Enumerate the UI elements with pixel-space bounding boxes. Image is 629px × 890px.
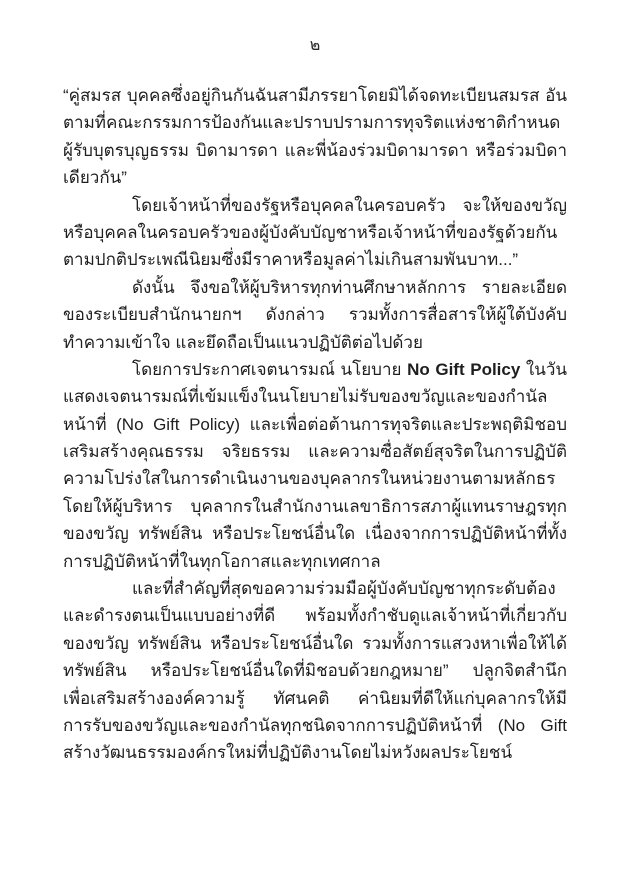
text-line: หน้าที่ (No Gift Policy) และเพื่อต่อต้าน…	[63, 411, 567, 438]
bold-text: No Gift Policy	[407, 360, 520, 379]
text-line: โดยให้ผู้บริหาร บุคลากรในสำนักงานเลขาธิก…	[63, 493, 567, 520]
text-line: และดำรงตนเป็นแบบอย่างที่ดี พร้อมทั้งกำชั…	[63, 602, 567, 629]
text-line: แสดงเจตนารมณ์ที่เข้มแข็งในนโยบายไม่รับขอ…	[63, 383, 567, 410]
text-line: เสริมสร้างคุณธรรม จริยธรรม และความซื่อสั…	[63, 438, 567, 465]
text-line: หรือบุคคลในครอบครัวของผู้บังคับบัญชาหรือ…	[63, 219, 567, 246]
text-line: ความโปร่งใสในการดำเนินงานของบุคลากรในหน่…	[63, 465, 567, 492]
text-line: ตามปกติประเพณีนิยมซึ่งมีราคาหรือมูลค่าไม…	[63, 246, 567, 273]
text-line: ผู้รับบุตรบุญธรรม บิดามารดา และพี่น้องร่…	[63, 137, 567, 164]
text-line: เพื่อเสริมสร้างองค์ความรู้ ทัศนคติ ค่านิ…	[63, 685, 567, 712]
text-line: ทรัพย์สิน หรือประโยชน์อื่นใดที่มิชอบด้วย…	[63, 657, 567, 684]
page-body: “คู่สมรส บุคคลซึ่งอยู่กินกันฉันสามีภรรยา…	[63, 82, 567, 767]
text-line: และที่สำคัญที่สุดขอความร่วมมือผู้บังคับบ…	[63, 575, 567, 602]
text-line: ของขวัญ ทรัพย์สิน หรือประโยชน์อื่นใด เนื…	[63, 520, 567, 547]
text-line: การปฏิบัติหน้าที่ในทุกโอกาสและทุกเทศกาล	[63, 548, 567, 575]
text-line: ของขวัญ ทรัพย์สิน หรือประโยชน์อื่นใด รวม…	[63, 630, 567, 657]
text-line: สร้างวัฒนธรรมองค์กรใหม่ที่ปฏิบัติงานโดยไ…	[63, 739, 567, 766]
text-line: “คู่สมรส บุคคลซึ่งอยู่กินกันฉันสามีภรรยา…	[63, 82, 567, 109]
page-number: ๒	[63, 36, 567, 56]
text-line: ตามที่คณะกรรมการป้องกันและปราบปรามการทุจ…	[63, 109, 567, 136]
text-line: โดยเจ้าหน้าที่ของรัฐหรือบุคคลในครอบครัว …	[63, 192, 567, 219]
text-line: โดยการประกาศเจตนารมณ์ นโยบาย No Gift Pol…	[63, 356, 567, 383]
text-line: ดังนั้น จึงขอให้ผู้บริหารทุกท่านศึกษาหลั…	[63, 274, 567, 301]
document-page: ๒ “คู่สมรส บุคคลซึ่งอยู่กินกันฉันสามีภรร…	[0, 0, 629, 890]
text-segment: โดยการประกาศเจตนารมณ์ นโยบาย	[132, 360, 407, 379]
text-line: เดียวกัน”	[63, 164, 567, 191]
text-line: ทำความเข้าใจ และยึดถือเป็นแนวปฏิบัติต่อไ…	[63, 329, 567, 356]
text-line: ของระเบียบสำนักนายกฯ ดังกล่าว รวมทั้งการ…	[63, 301, 567, 328]
text-line: การรับของขวัญและของกำนัลทุกชนิดจากการปฏิ…	[63, 712, 567, 739]
